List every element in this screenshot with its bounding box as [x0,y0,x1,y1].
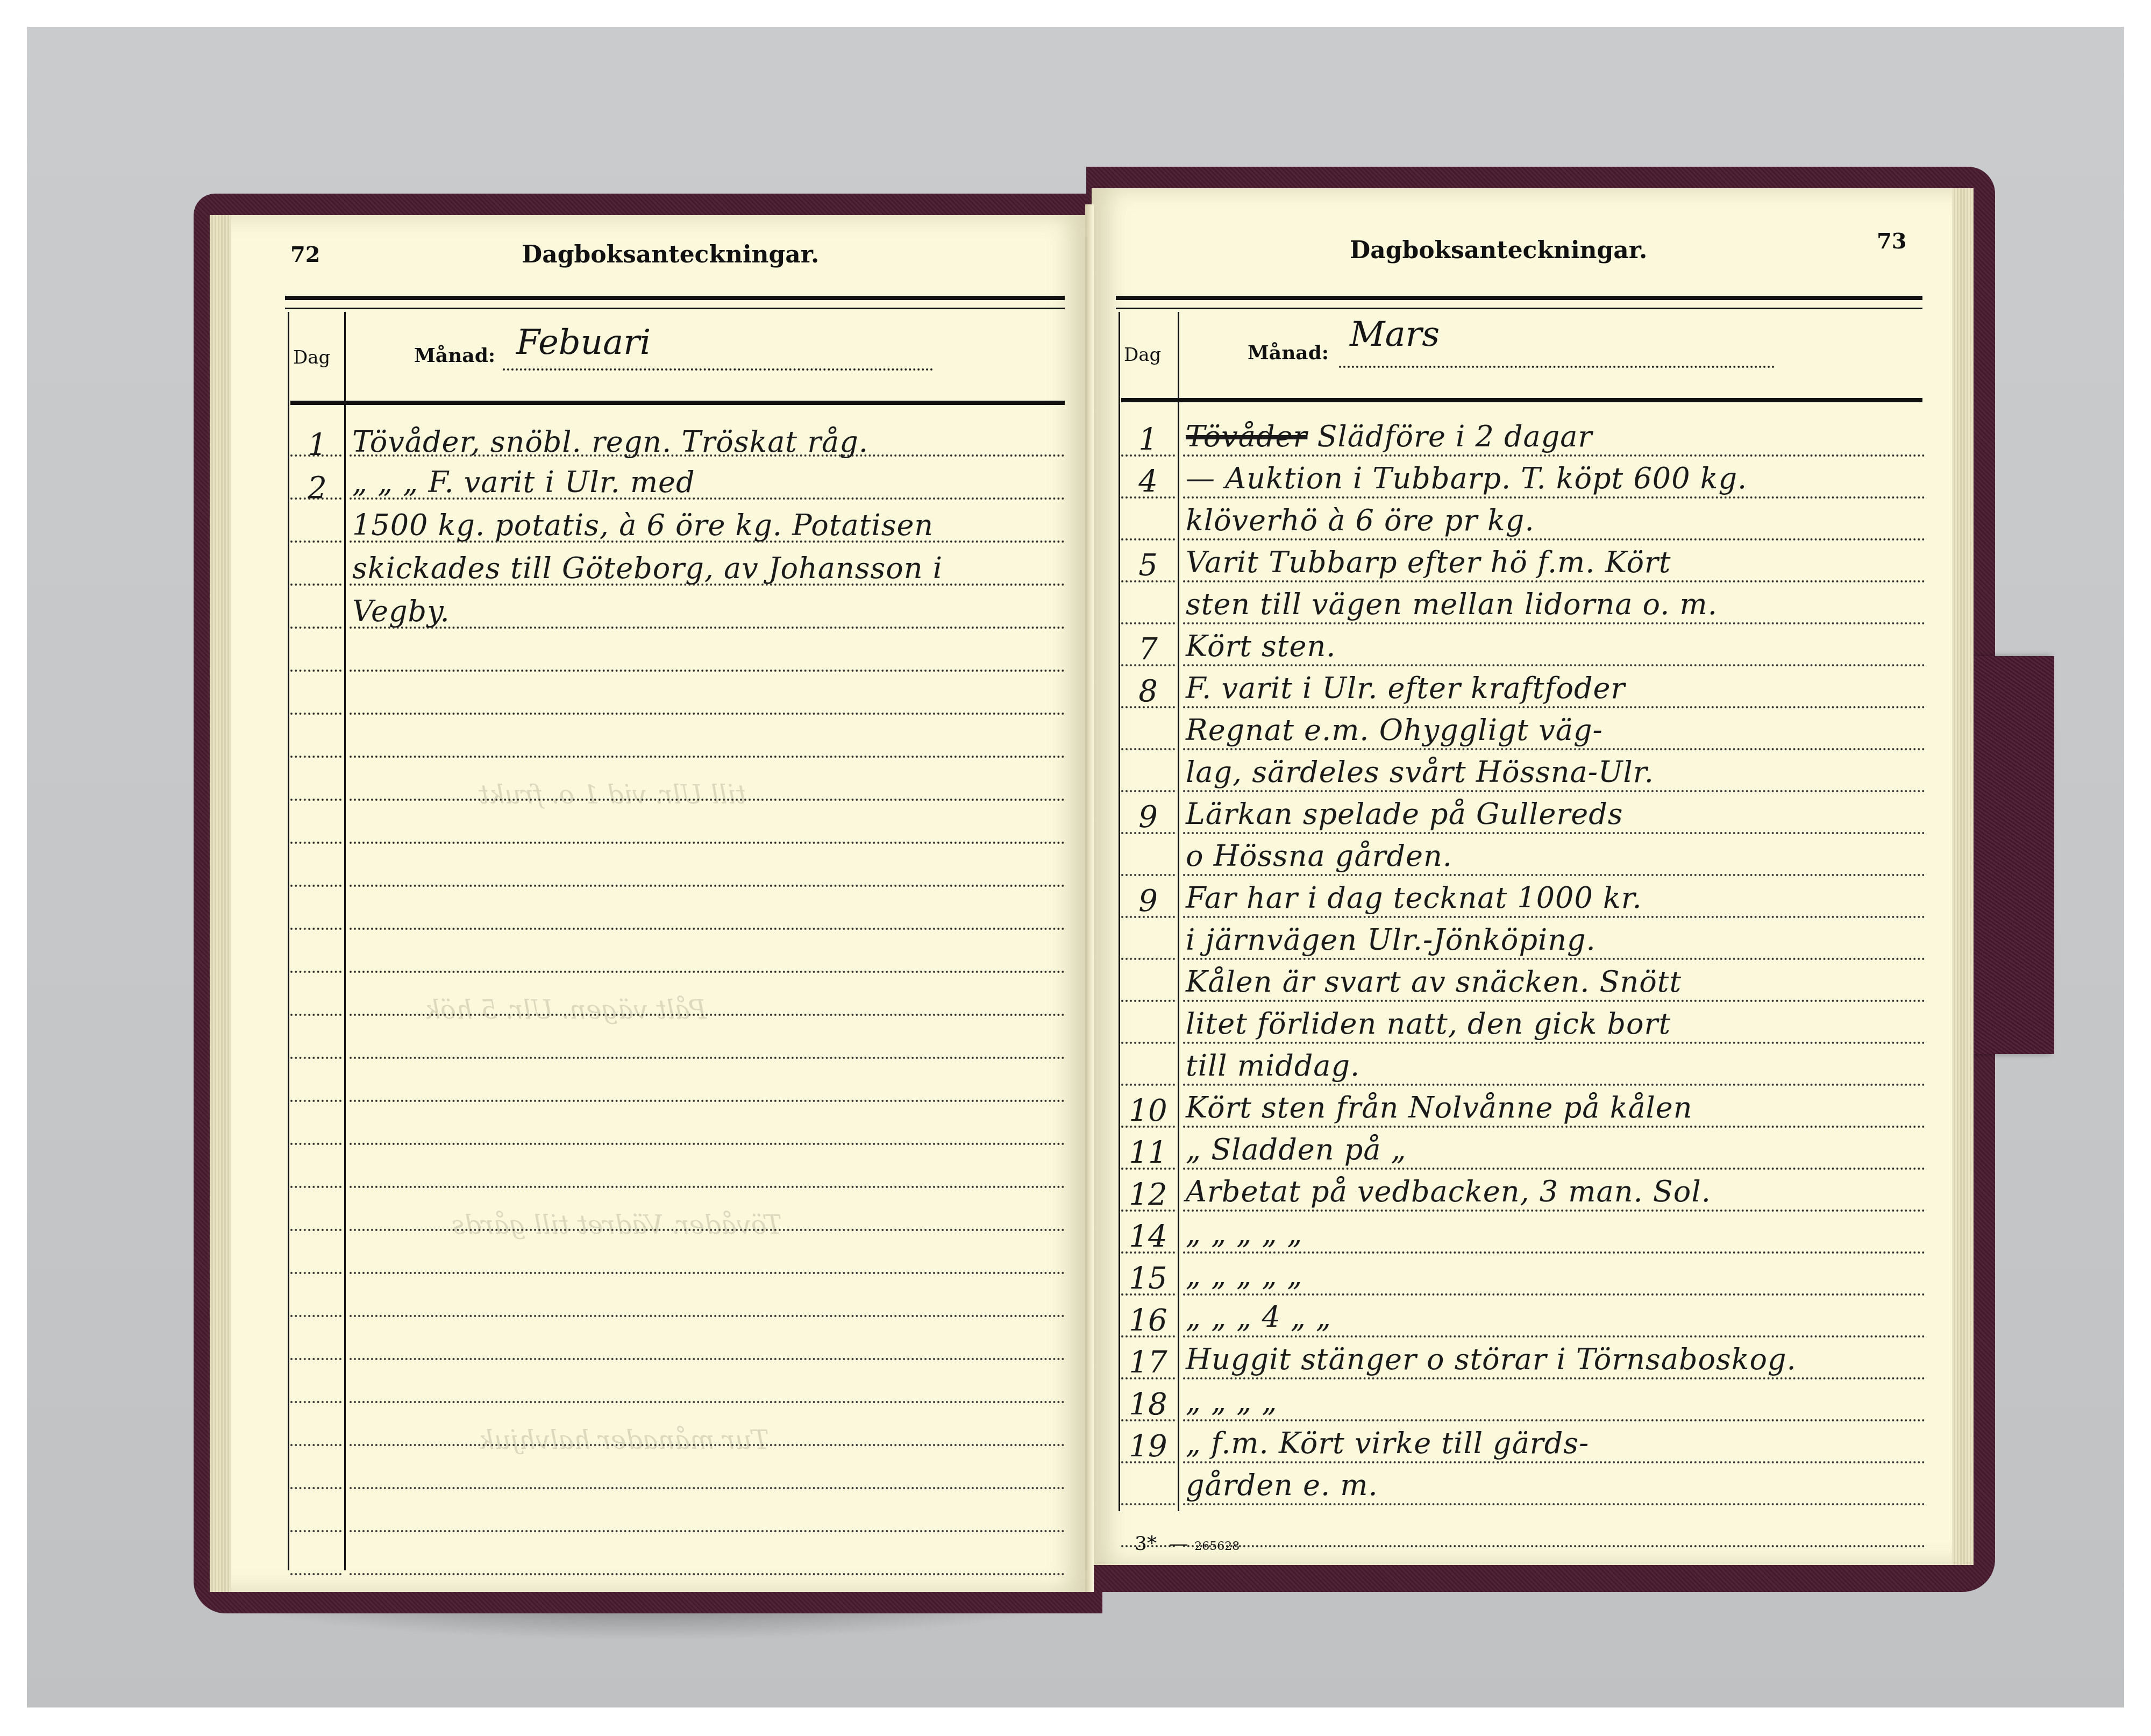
month-label: Månad: [414,344,495,367]
entry-text: Far har i dag tecknat 1000 kr. [1186,881,1642,915]
header-rule-thin [1116,308,1922,309]
entry-dotted-line [350,885,1065,887]
entry-dotted-line [350,627,1065,629]
day-dotted-line [290,1358,341,1360]
entry-dotted-line [1183,496,1925,499]
entry-text: „ „ „ „ [1186,1384,1277,1418]
entry-day: 8 [1121,674,1175,709]
day-column-header: Dag [293,347,330,368]
entry-dotted-line [350,928,1065,930]
entry-dotted-line [350,1186,1065,1188]
day-dotted-line [290,1573,341,1575]
month-dotted-line [503,368,933,371]
diary-page-right: Dagboksanteckningar. 73 Dag Månad: Mars … [1092,188,1974,1565]
day-dotted-line [1121,622,1175,624]
entry-text: „ Sladden på „ [1186,1133,1407,1166]
day-dotted-line [290,1186,341,1188]
day-dotted-line [290,928,341,930]
entry-dotted-line [350,1057,1065,1059]
day-dotted-line [290,971,341,973]
entry-dotted-line [1183,1209,1925,1212]
entry-dotted-line [350,1573,1065,1575]
header-bottom-rule [290,401,1065,405]
entry-day: 16 [1121,1303,1175,1338]
day-dotted-line [290,756,341,758]
page-number: 72 [290,242,320,267]
day-dotted-line [290,885,341,887]
entry-day: 14 [1121,1219,1175,1254]
entry-dotted-line [1183,454,1925,457]
entry-dotted-line [1183,1251,1925,1254]
entry-text: „ „ „ „ „ [1186,1258,1303,1292]
entry-text: — Auktion i Tubbarp. T. köpt 600 kg. [1186,461,1747,495]
entry-day: 11 [1121,1135,1175,1170]
day-dotted-line [1121,1042,1175,1044]
entry-dotted-line [350,1315,1065,1317]
entry-day: 9 [1121,800,1175,835]
entry-dotted-line [1183,1503,1925,1505]
day-dotted-line [1121,790,1175,792]
day-dotted-line [1121,538,1175,540]
diary-page-left: 72 Dagboksanteckningar. Dag Månad: Febua… [210,215,1086,1592]
header-rule [1116,296,1922,300]
entry-dotted-line [1183,1419,1925,1421]
entry-dotted-line [1183,1042,1925,1044]
day-dotted-line [290,1229,341,1231]
bookmark-tab [1974,656,2054,1054]
entry-dotted-line [350,1143,1065,1145]
entry-day: 10 [1121,1093,1175,1128]
day-dotted-line [290,713,341,715]
day-dotted-line [290,584,341,586]
day-dotted-line [1121,1000,1175,1002]
entry-day: 1 [1121,422,1175,457]
entry-text: F. varit i Ulr. efter kraftfoder [1186,671,1625,705]
entry-text: i järnvägen Ulr.-Jönköping. [1186,923,1596,957]
entry-dotted-line [350,1530,1065,1532]
entry-text: Kört sten från Nolvånne på kålen [1186,1091,1693,1125]
entry-day: 12 [1121,1177,1175,1212]
print-footer: 3* — 265628 [1135,1533,1240,1555]
month-value: Febuari [516,323,651,362]
entry-dotted-line [350,756,1065,758]
day-dotted-line [290,670,341,672]
entry-text: Lärkan spelade på Gullereds [1186,797,1623,831]
entry-day: 9 [1121,884,1175,919]
entry-text: litet förliden natt, den gick bort [1186,1007,1671,1041]
entry-day: 5 [1121,548,1175,583]
entry-text: sten till vägen mellan lidorna o. m. [1186,587,1718,621]
entry-text: 1500 kg. potatis, à 6 öre kg. Potatisen [352,508,934,542]
day-dotted-line [290,1401,341,1403]
entry-text: Tövåder Slädföre i 2 dagar [1186,419,1592,453]
entry-text-rest: Slädföre i 2 dagar [1307,419,1592,453]
entry-dotted-line [1183,1126,1925,1128]
entry-dotted-line [1183,706,1925,708]
entry-text: Regnat e.m. Ohyggligt väg- [1186,713,1603,747]
entry-dotted-line [1183,832,1925,834]
entry-dotted-line [1183,1084,1925,1086]
day-dotted-line [1121,874,1175,876]
header-rule [285,296,1065,300]
entry-day: 4 [1121,464,1175,499]
book-gutter [1085,204,1094,1592]
day-dotted-line [1121,1084,1175,1086]
day-dotted-line [290,1487,341,1489]
entry-text: Vegby. [352,594,450,628]
entry-dotted-line [1183,1461,1925,1463]
entry-day: 19 [1121,1429,1175,1464]
entry-dotted-line [1183,748,1925,750]
entry-dotted-line [1183,580,1925,582]
day-dotted-line [290,799,341,801]
day-dotted-line [290,1272,341,1274]
page-title: Dagboksanteckningar. [522,241,819,268]
entry-text: till middag. [1186,1049,1360,1083]
entry-dotted-line [350,1401,1065,1403]
entry-text: gården e. m. [1186,1468,1378,1502]
day-dotted-line [1121,748,1175,750]
month-label: Månad: [1248,341,1329,364]
entry-day: 15 [1121,1261,1175,1296]
day-column-header: Dag [1124,344,1161,366]
page-title: Dagboksanteckningar. [1350,237,1647,264]
entry-dotted-line [1183,1000,1925,1002]
month-value: Mars [1350,315,1440,354]
bleed-through-text: Tur månader halvhjuk [479,1425,769,1455]
entry-text: Arbetat på vedbacken, 3 man. Sol. [1186,1175,1711,1208]
entry-dotted-line [1183,1377,1925,1379]
entry-dotted-line [1183,664,1925,666]
entry-day: 2 [290,471,344,506]
day-dotted-line [290,1143,341,1145]
entry-day: 7 [1121,632,1175,667]
entry-dotted-line [1183,538,1925,540]
struck-text: Tövåder [1186,419,1307,453]
entry-dotted-line [350,1272,1065,1274]
entry-dotted-line [1183,622,1925,624]
day-dotted-line [290,1057,341,1059]
entry-dotted-line [1183,1545,1925,1547]
day-dotted-line [290,1444,341,1446]
entry-text: lag, särdeles svårt Hössna-Ulr. [1186,755,1654,789]
entry-dotted-line [1183,916,1925,918]
header-rule-thin [285,308,1065,309]
entry-dotted-line [1183,874,1925,876]
day-column-left-border [288,312,289,1570]
entry-dotted-line [1183,1293,1925,1296]
entry-dotted-line [350,971,1065,973]
entry-text: „ „ „ „ „ [1186,1216,1303,1250]
entry-text: „ f.m. Kört virke till gärds- [1186,1426,1589,1460]
month-dotted-line [1339,366,1775,368]
signature-mark: 3* [1135,1533,1157,1555]
print-number: 265628 [1194,1540,1240,1553]
page-edges [210,215,231,1592]
entry-dotted-line [1183,1335,1925,1337]
day-dotted-line [290,627,341,629]
day-column-left-border [1119,312,1120,1511]
entry-dotted-line [1183,958,1925,960]
entry-dotted-line [350,1358,1065,1360]
entry-text: „ „ „ F. varit i Ulr. med [352,465,695,499]
entry-text: Tövåder, snöbl. regn. Tröskat råg. [352,425,868,459]
bleed-through-text: till Ulr. vid 1 o. frukt [479,780,746,810]
day-dotted-line [290,1315,341,1317]
entry-text: Kålen är svart av snäcken. Snött [1186,965,1682,999]
entry-day: 1 [290,428,344,463]
day-dotted-line [290,1100,341,1102]
entry-dotted-line [350,713,1065,715]
entry-text: Kört sten. [1186,629,1336,663]
entry-text: „ „ „ 4 „ „ [1186,1300,1331,1334]
day-dotted-line [290,1014,341,1016]
entry-text: klöverhö à 6 öre pr kg. [1186,503,1535,537]
entry-text: o Hössna gården. [1186,839,1452,873]
day-dotted-line [290,540,341,543]
day-column-divider [344,312,346,1570]
day-dotted-line [1121,1503,1175,1505]
entry-text: skickades till Göteborg, av Johansson i [352,551,943,585]
entry-text: Varit Tubbarp efter hö f.m. Kört [1186,545,1671,579]
page-number: 73 [1877,229,1907,254]
entry-dotted-line [350,842,1065,844]
bleed-through-text: Tövåder. Vädret till gårds [452,1210,782,1240]
header-bottom-rule [1121,398,1922,402]
entry-day: 17 [1121,1345,1175,1380]
entry-dotted-line [350,670,1065,672]
entry-text: Huggit stänger o störar i Törnsaboskog. [1186,1342,1797,1376]
day-dotted-line [290,1530,341,1532]
page-edges [1952,188,1974,1565]
day-dotted-line [1121,958,1175,960]
bleed-through-text: Pålt vägen. Ulr. 5 hök [425,995,707,1025]
day-column-divider [1178,312,1179,1511]
entry-dotted-line [1183,790,1925,792]
entry-dotted-line [350,1487,1065,1489]
day-dotted-line [290,842,341,844]
entry-dotted-line [350,1100,1065,1102]
entry-dotted-line [1183,1168,1925,1170]
entry-day: 18 [1121,1387,1175,1422]
